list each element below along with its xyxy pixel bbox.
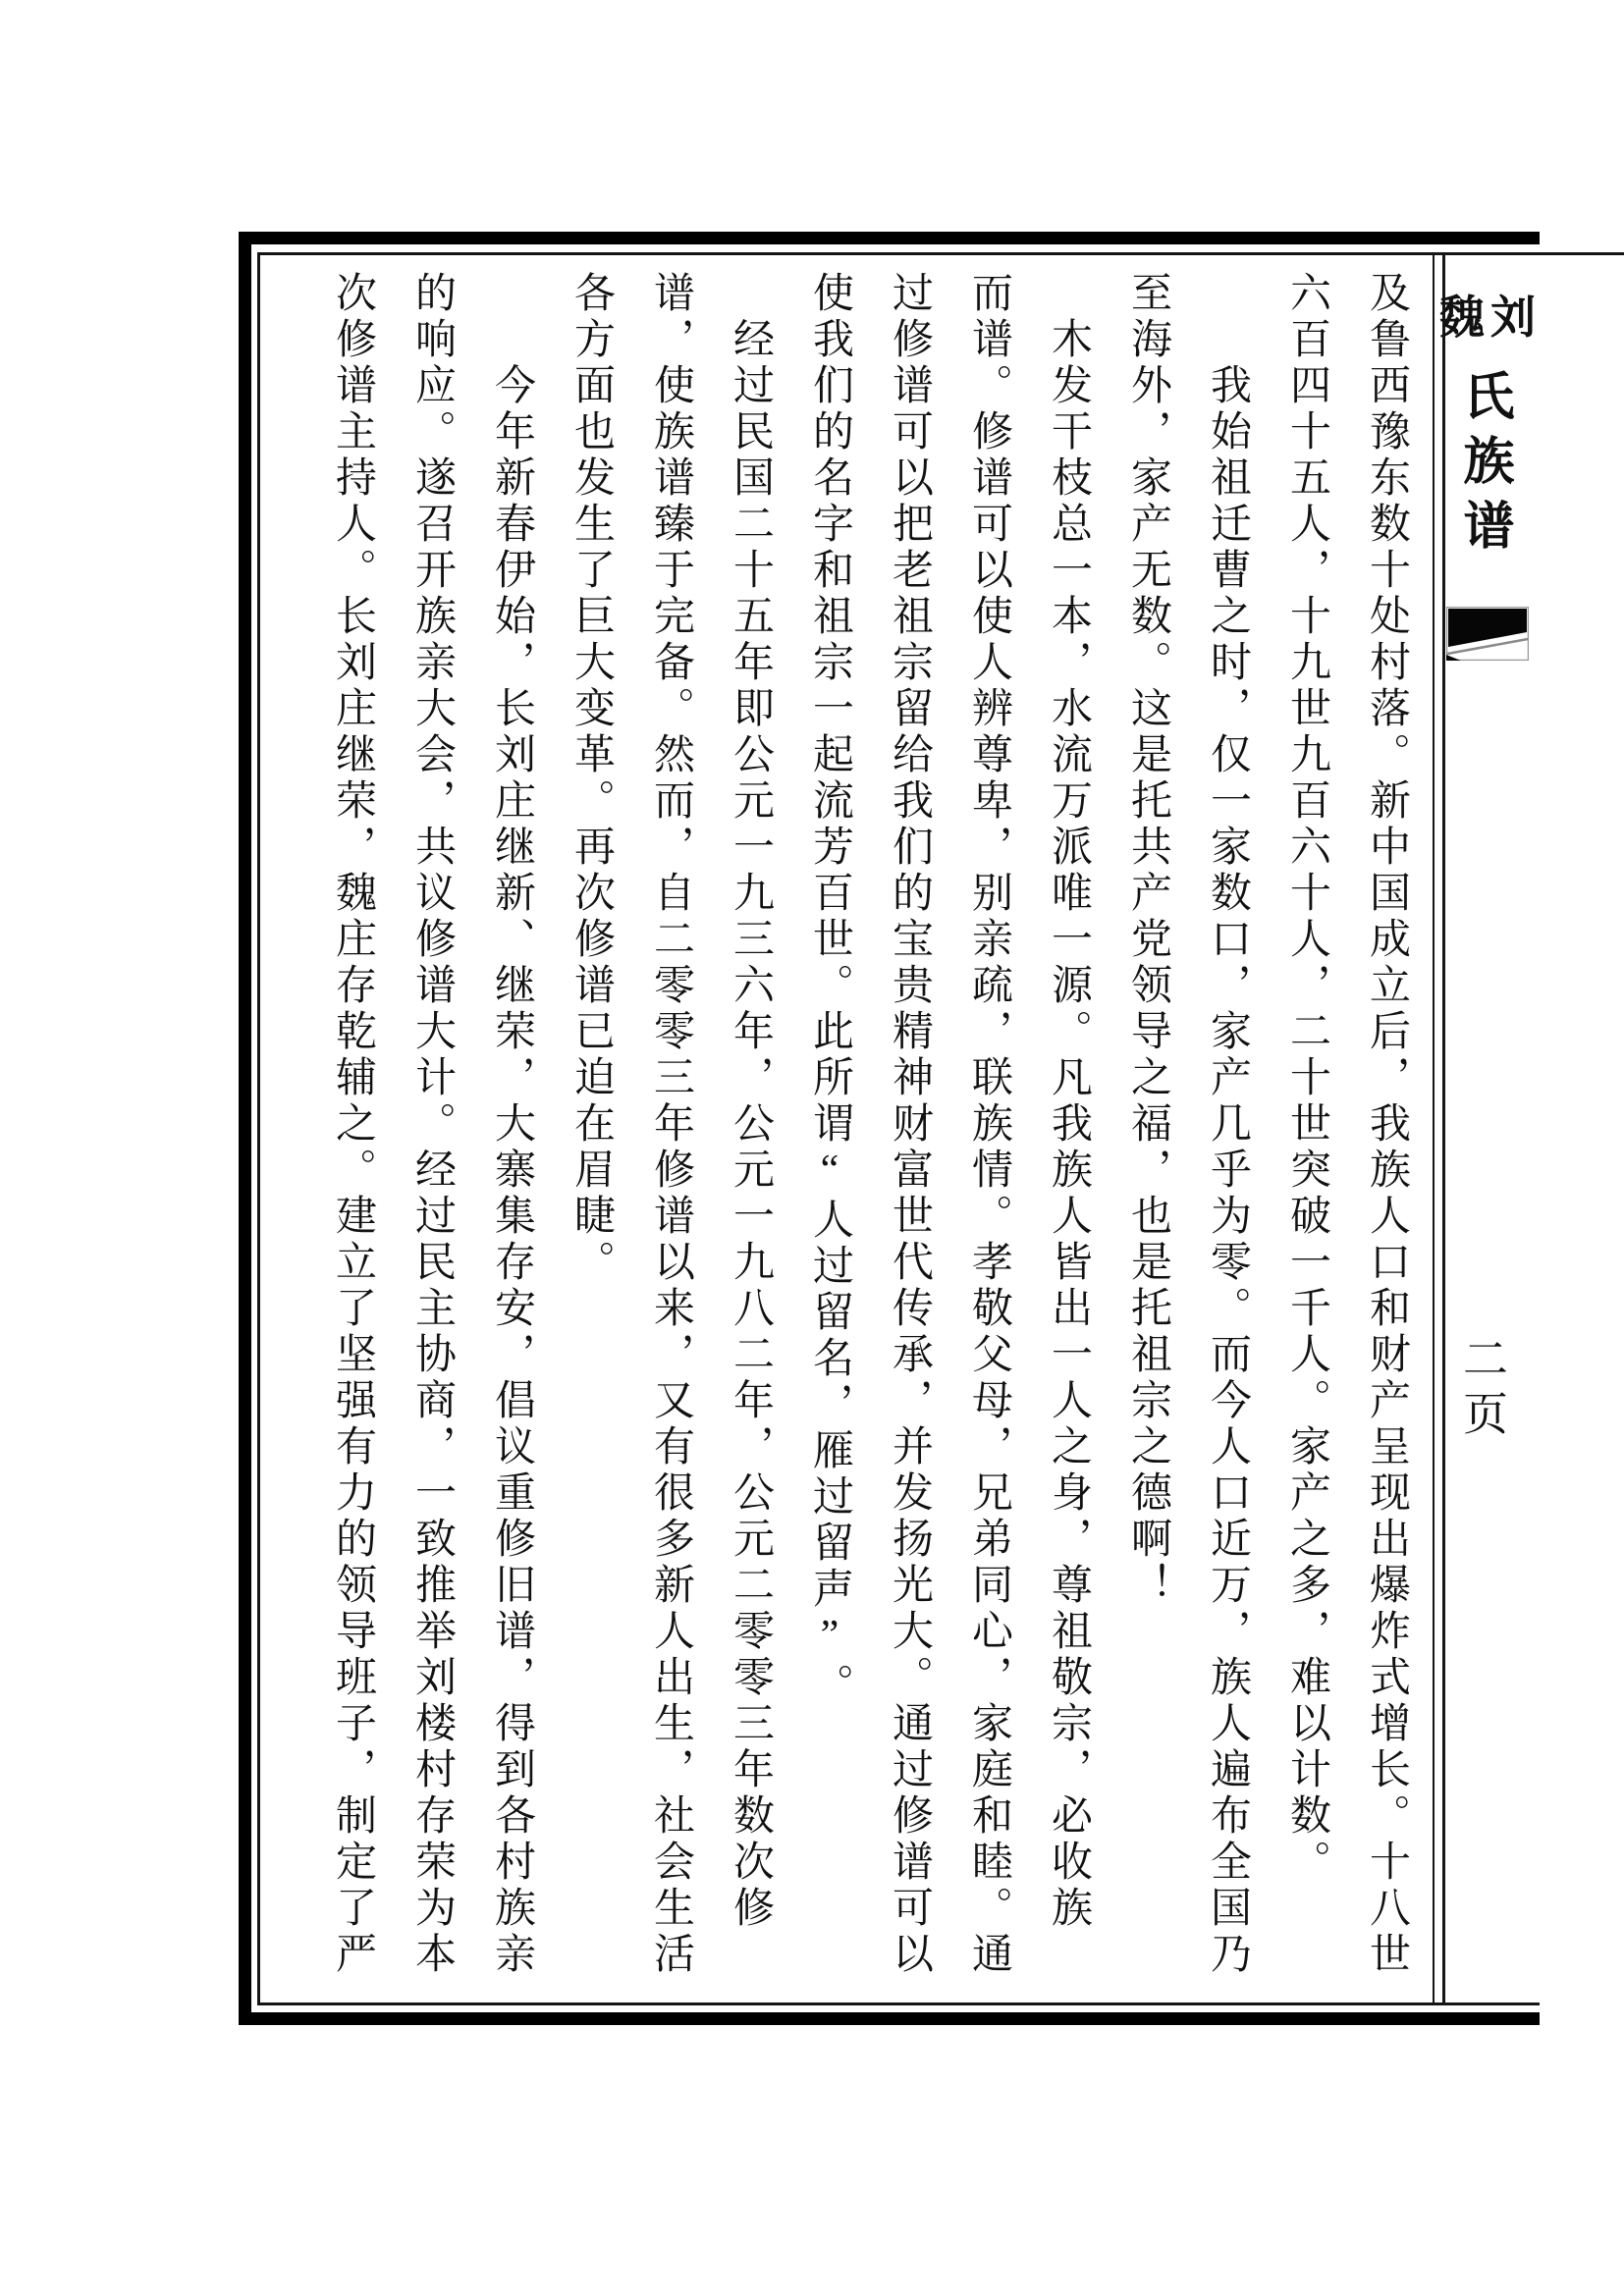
text-column: 而谱。修谱可以使人辨尊卑，别亲疏，联族情。孝敬父母，兄弟同心，家庭和睦。通 [968,271,1009,2002]
text-column: 及鲁西豫东数十处村落。新中国成立后，我族人口和财产呈现出爆炸式增长。十八世 [1366,271,1407,2002]
clan-title-vertical: 氏族谱 [1455,369,1510,585]
text-column: 木发干枝总一本，水流万派唯一源。凡我族人皆出一人之身，尊祖敬宗，必收族 [1048,271,1089,2002]
text-column: 六百四十五人，十九世九百六十人，二十世突破一千人。家产之多，难以计数。 [1286,271,1327,2002]
text-column: 至海外，家产无数。这是托共产党领导之福，也是托祖宗之德啊！ [1127,271,1168,2002]
inner-rule-bottom [257,2002,1540,2005]
title-column-separator-outer [1433,253,1435,2002]
text-column: 经过民国二十五年即公元一九三六年，公元一九八二年，公元二零零三年数次修 [730,271,771,2002]
text-column: 谱，使族谱臻于完备。然而，自二零零三年修谱以来，又有很多新人出生，社会生活 [650,271,691,2002]
text-column: 使我们的名字和祖宗一起流芳百世。此所谓“人过留名，雁过留声”。 [809,271,850,2002]
corner-ornament-icon [1446,607,1529,661]
title-column-separator-inner [1442,253,1445,2002]
page-number: 二页 [1457,1335,1506,1463]
text-column: 次修谱主持人。长刘庄继荣，魏庄存乾辅之。建立了坚强有力的领导班子，制定了严 [332,271,373,2002]
text-column: 今年新春伊始，长刘庄继新、继荣，大寨集存安，倡议重修旧谱，得到各村族亲 [491,271,532,2002]
text-column: 的响应。遂召开族亲大会，共议修谱大计。经过民主协商，一致推举刘楼村存荣为本 [411,271,453,2002]
text-column: 我始祖迁曹之时，仅一家数口，家产几乎为零。而今人口近万，族人遍布全国乃 [1207,271,1248,2002]
text-columns: 及鲁西豫东数十处村落。新中国成立后，我族人口和财产呈现出爆炸式增长。十八世六百四… [260,255,1433,2002]
text-column: 各方面也发生了巨大变革。再次修谱已迫在眉睫。 [570,271,612,2002]
text-column: 过修谱可以把老祖宗留给我们的宝贵精神财富世代传承，并发扬光大。通过修谱可以 [889,271,930,2002]
clan-title-header: 魏刘 [1439,294,1536,345]
genealogy-page-scan: 魏刘 氏族谱 二页 及鲁西豫东数十处村落。新中国成立后，我族人口和财产呈现出爆炸… [0,0,1624,2296]
